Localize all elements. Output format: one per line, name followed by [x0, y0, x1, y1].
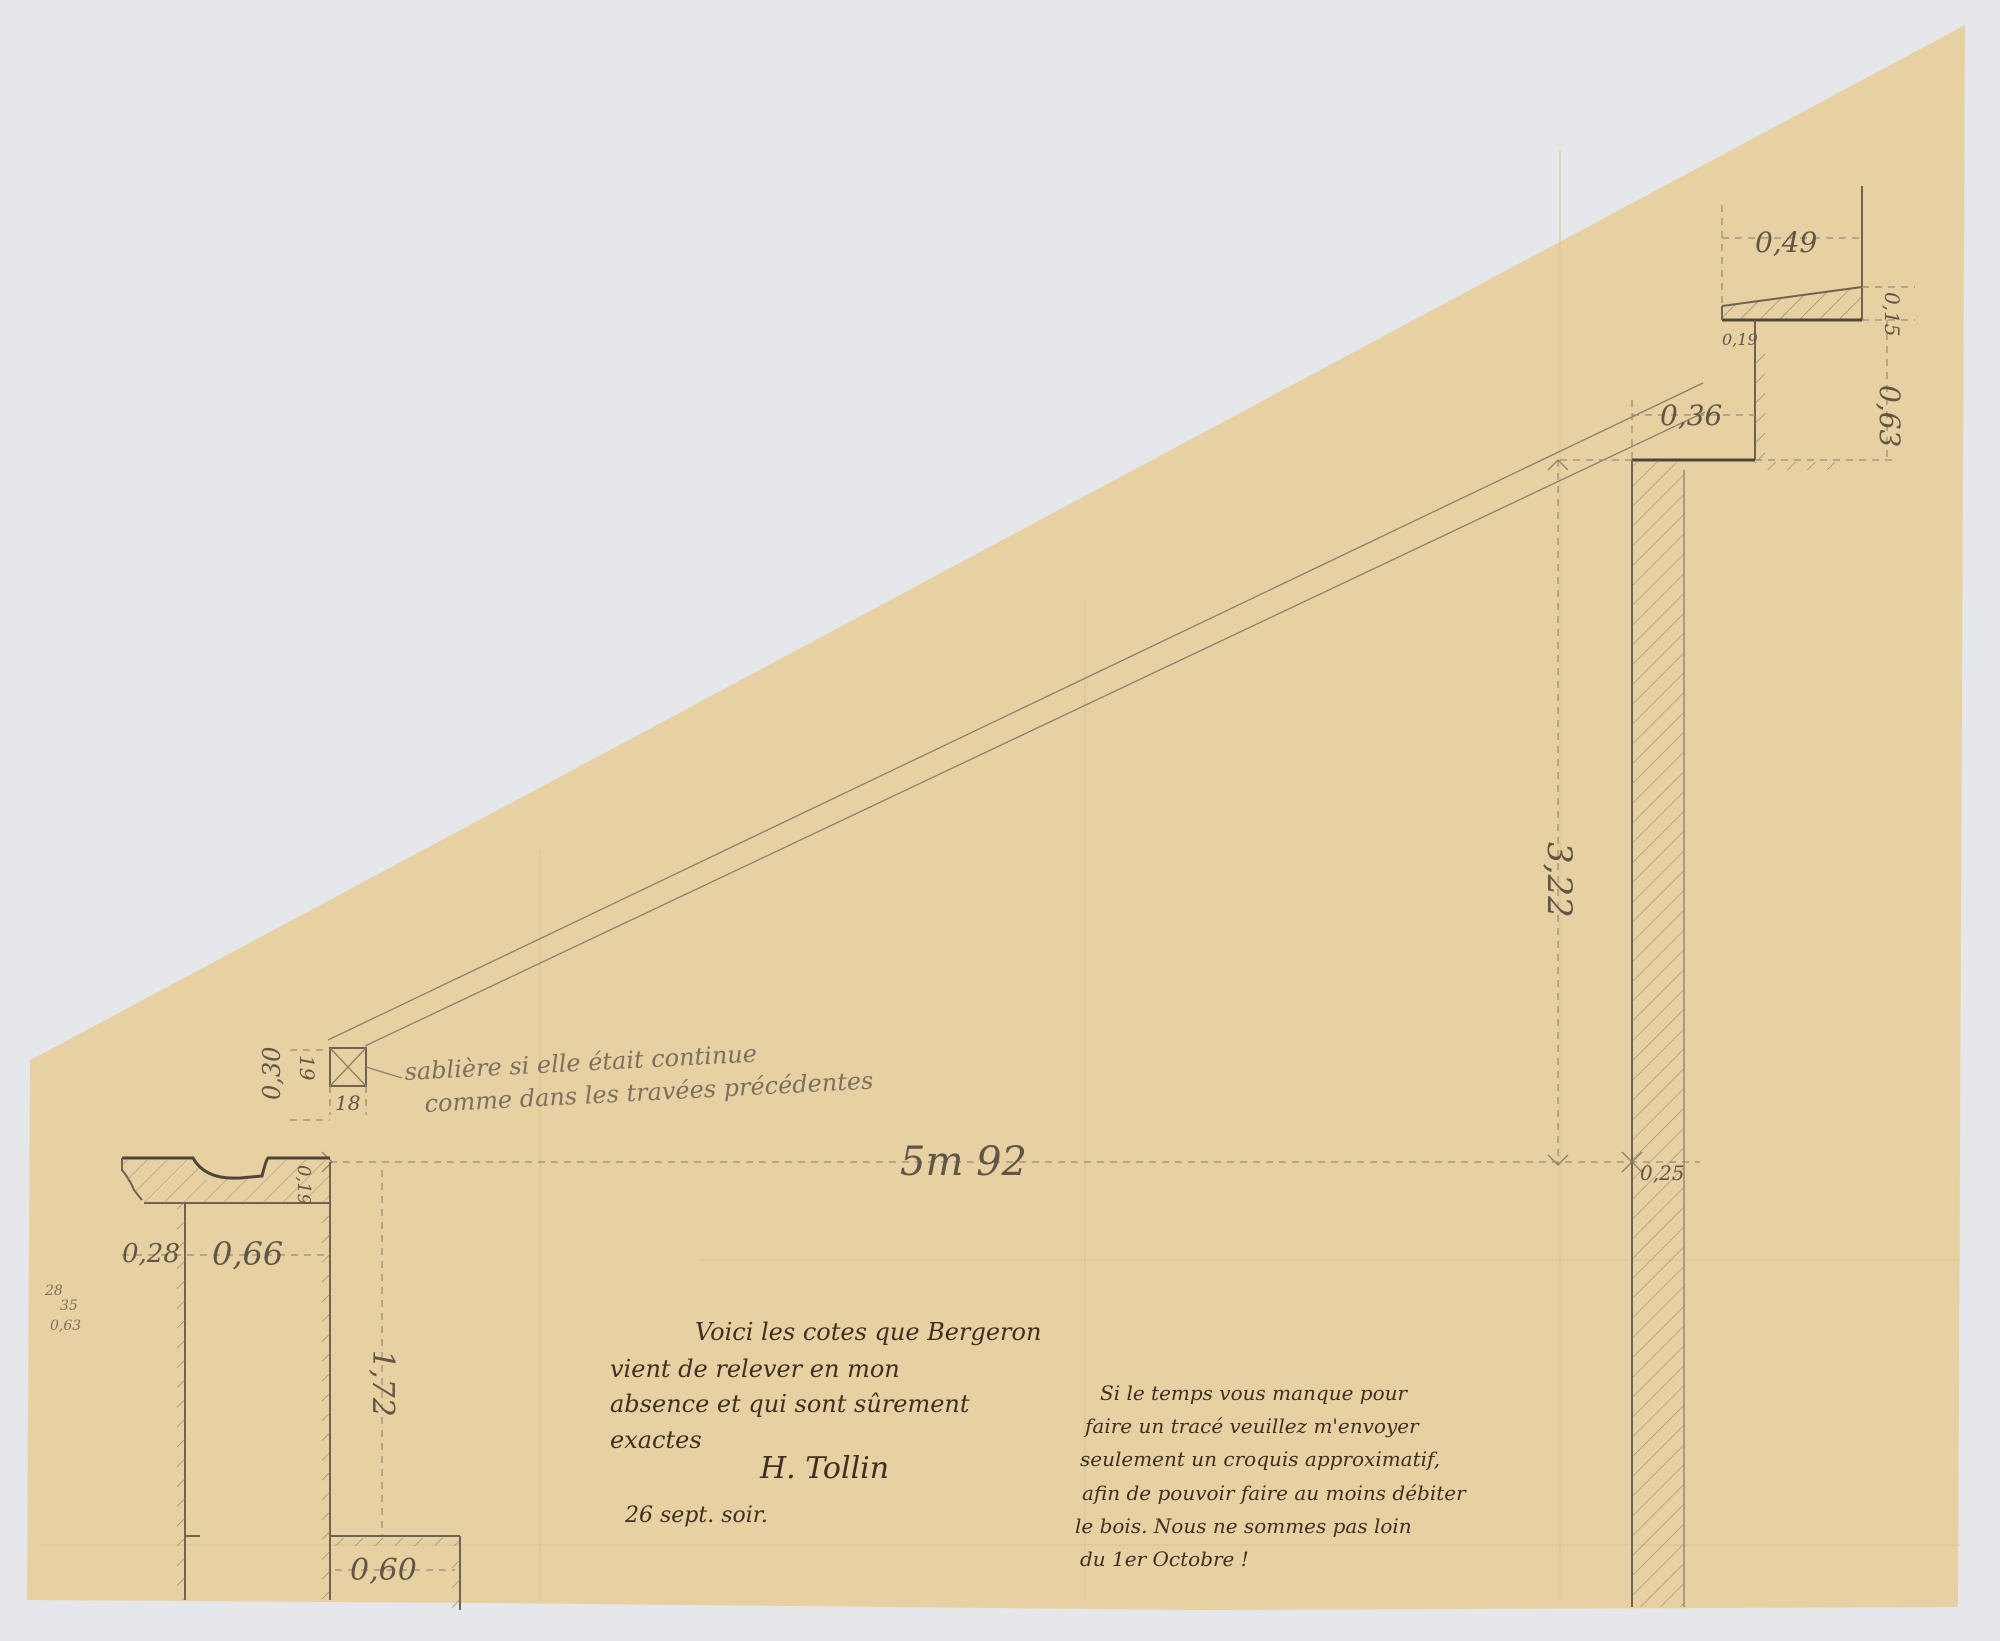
dim-eave-width: 0,49 [1755, 226, 1817, 259]
margin-note-2: 35 [60, 1298, 78, 1314]
note-left-signature: H. Tollin [759, 1451, 889, 1486]
note-right-line-2: faire un tracé veuillez m'envoyer [1083, 1414, 1420, 1438]
dim-upper-ledge: 0,36 [1660, 399, 1722, 432]
margin-note-3: 0,63 [50, 1318, 81, 1334]
dim-plate-height: 19 [295, 1055, 319, 1081]
dim-cornice-thickness: 0,19 [293, 1165, 314, 1205]
right-wall [1632, 460, 1684, 1607]
dim-eave-thickness: 0,15 [1880, 292, 1904, 337]
note-left-date: 26 sept. soir. [624, 1503, 768, 1528]
dim-left-wall-width: 0,66 [212, 1235, 283, 1273]
note-right-line-6: du 1er Octobre ! [1080, 1547, 1249, 1571]
dim-right-wall-thickness: 0,25 [1640, 1161, 1685, 1185]
dim-eave-step: 0,19 [1722, 330, 1758, 349]
dim-lower-height: 1,72 [365, 1350, 400, 1417]
note-left-line-3: absence et qui sont sûrement [610, 1390, 970, 1418]
note-right-line-4: afin de pouvoir faire au moins débiter [1082, 1481, 1467, 1505]
note-left-line-1: Voici les cotes que Bergeron [695, 1318, 1041, 1346]
margin-note-1: 28 [44, 1283, 63, 1299]
dim-plate-width: 18 [335, 1091, 360, 1115]
dim-base-width: 0,60 [350, 1553, 417, 1588]
note-left-line-4: exactes [610, 1426, 702, 1454]
dim-plate-offset: 0,30 [258, 1047, 286, 1100]
note-right-line-5: le bois. Nous ne sommes pas loin [1075, 1514, 1412, 1538]
note-left-line-2: vient de relever en mon [610, 1355, 900, 1383]
dim-upper-wall-height: 0,63 [1873, 385, 1906, 447]
note-right-line-1: Si le temps vous manque pour [1100, 1381, 1409, 1405]
note-right-line-3: seulement un croquis approximatif, [1080, 1447, 1440, 1471]
drawing-sheet: 0,49 0,15 0,19 0,63 0,36 3,22 5m 92 0,25… [0, 0, 2000, 1641]
dim-left-overhang: 0,28 [122, 1239, 180, 1269]
dim-span: 5m 92 [900, 1139, 1027, 1185]
dim-wall-height: 3,22 [1539, 842, 1579, 918]
